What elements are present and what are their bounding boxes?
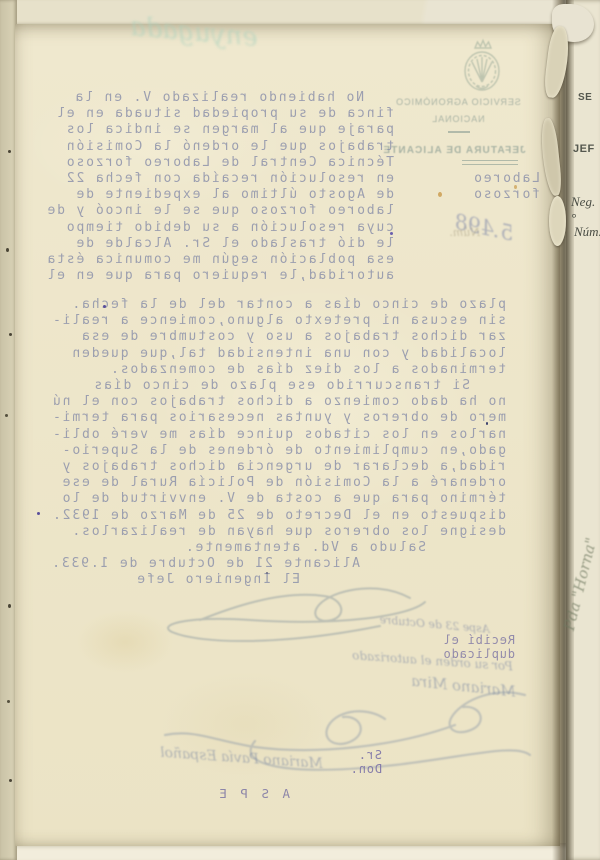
town-line: A S P E xyxy=(175,786,290,801)
addressee-label: Sr. Don. xyxy=(320,748,382,776)
edge-speck xyxy=(6,248,9,252)
margin-subject-note: Laboreo forzoso xyxy=(468,171,540,203)
date-line: Alicante 21 de Octubre de 1.933. xyxy=(28,556,506,572)
edge-service-label: SE xyxy=(578,92,592,103)
edge-speck xyxy=(5,414,8,417)
ink-speck xyxy=(37,512,40,515)
edge-speck xyxy=(8,604,11,608)
letterhead-divider xyxy=(448,131,470,133)
torn-paper-bit xyxy=(549,196,566,246)
edge-office-label: JEF xyxy=(573,143,595,155)
service-name: SERVICIO AGRONÓMICO NACIONAL xyxy=(390,94,526,128)
ink-speck xyxy=(266,572,268,574)
ink-speck xyxy=(390,232,393,235)
ghost-num-label: Núm. xyxy=(446,226,480,239)
body-paragraph-2: Si transcurrido ese plazo de cinco días … xyxy=(28,378,506,540)
edge-speck xyxy=(7,700,10,703)
letterhead-emblem-icon xyxy=(453,36,511,94)
edge-speck xyxy=(8,150,11,153)
ink-speck xyxy=(103,305,106,308)
amber-speck xyxy=(438,192,442,197)
body-paragraph-1b: plazo de cinco días a contar del de la f… xyxy=(28,297,506,378)
body-lower-block: plazo de cinco días a contar del de la f… xyxy=(28,297,506,589)
office-underline xyxy=(462,160,518,165)
edge-neg-label: Neg.° xyxy=(571,194,600,226)
underlying-paper-top-edge xyxy=(0,0,600,26)
page-fold-shadow xyxy=(552,0,574,860)
amber-speck xyxy=(514,185,517,189)
salutation-line: Saludo a Vd. atentamente. xyxy=(28,540,506,556)
edge-speck xyxy=(9,333,12,336)
edge-num-label: Núm. xyxy=(574,224,600,240)
edge-speck xyxy=(9,779,12,782)
body-paragraph-1a: No habiendo realizado V. en la finca de … xyxy=(22,90,394,284)
ink-speck xyxy=(486,422,488,425)
scanned-letter-photo: { "colors": { "paper": "#efe8ce", "typed… xyxy=(0,0,600,860)
office-name: JEFATURA DE ALICANTE xyxy=(378,145,530,156)
